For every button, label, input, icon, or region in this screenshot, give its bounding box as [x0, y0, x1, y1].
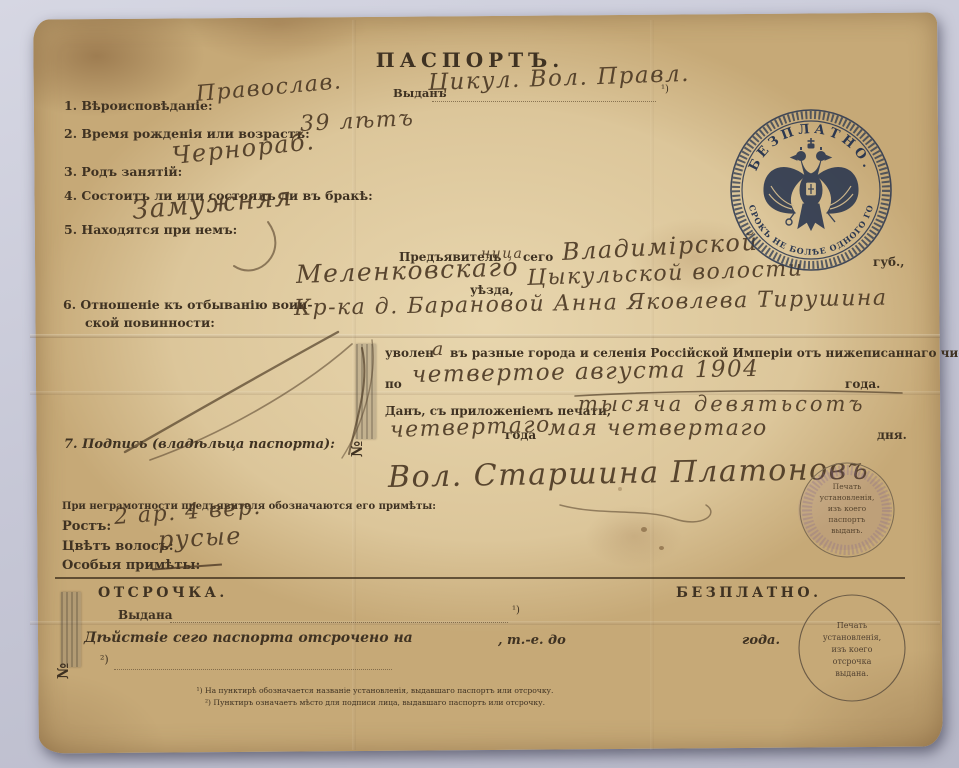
photo-of-passport: ПАСПОРТЪ. Выданъ Цикул. Вол. Правл. ¹) 1…: [0, 0, 959, 768]
pen-flourish-strokes: [0, 0, 959, 768]
